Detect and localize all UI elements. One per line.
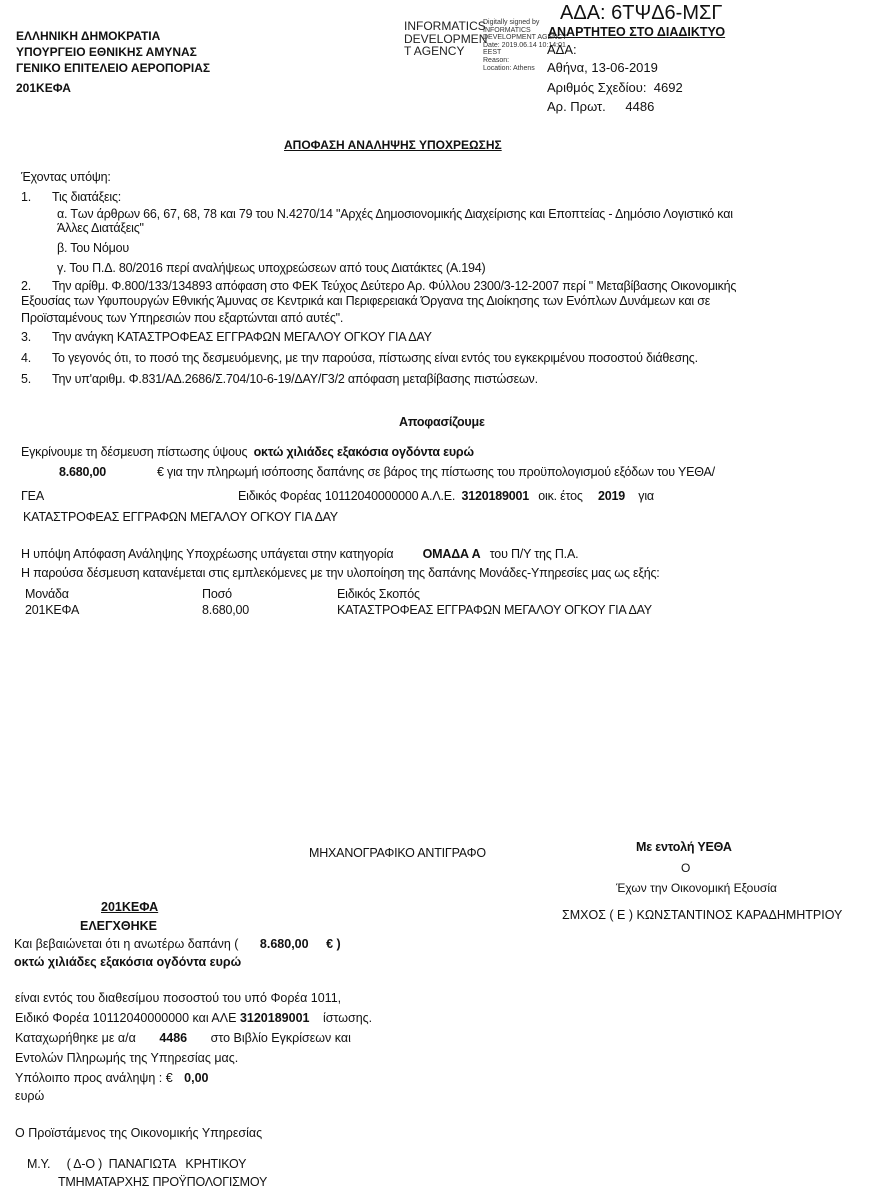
- finance-head-position: ΤΜΗΜΑΤΑΡΧΗΣ ΠΡΟΫΠΟΛΟΓΙΣΜΟΥ: [58, 1175, 267, 1189]
- ale-suffix: ίστωσης.: [323, 1011, 372, 1025]
- authority-line: ΓΕΝΙΚΟ ΕΠΙΤΕΛΕΙΟ ΑΕΡΟΠΟΡΙΑΣ: [16, 60, 210, 76]
- item-text: Το γεγονός ότι, το ποσό της δεσμευόμενης…: [52, 351, 698, 365]
- remaining-label: Υπόλοιπο προς ανάληψη : €: [15, 1071, 173, 1085]
- draft-number-label: Αριθμός Σχεδίου:: [547, 80, 647, 95]
- allocation-text: Η παρούσα δέσμευση κατανέμεται στις εμπλ…: [21, 566, 660, 580]
- category-line: Η υπόψη Απόφαση Ανάληψης Υποχρέωσης υπάγ…: [21, 547, 578, 561]
- subitem-text: β. Του Νόμου: [57, 241, 129, 255]
- amount-value: 8.680,00: [59, 465, 106, 479]
- finance-head-title: Ο Προϊστάμενος της Οικονομικής Υπηρεσίας: [15, 1126, 262, 1140]
- item-text: Την αρίθμ. Φ.800/133/134893 απόφαση στο …: [52, 279, 736, 293]
- table-cell-amount: 8.680,00: [202, 603, 249, 617]
- certify-currency: € ): [326, 937, 341, 951]
- certify-line: Και βεβαιώνεται ότι η ανωτέρω δαπάνη ( 8…: [14, 937, 341, 951]
- verification-ale: 3120189001: [240, 1011, 310, 1025]
- agency-line: INFORMATICS: [404, 20, 487, 33]
- euro-word: ευρώ: [15, 1089, 44, 1103]
- item-text: Τις διατάξεις:: [52, 190, 121, 204]
- subitem-text: Άλλες Διατάξεις": [57, 221, 144, 235]
- item-text: Εξουσίας των Υφυπουργών Εθνικής Άμυνας σ…: [21, 294, 710, 308]
- category-suffix: του Π/Υ της Π.Α.: [490, 547, 579, 561]
- considering-intro: Έχοντας υπόψη:: [21, 170, 111, 184]
- document-title: ΑΠΟΦΑΣΗ ΑΝΑΛΗΨΗΣ ΥΠΟΧΡΕΩΣΗΣ: [284, 138, 502, 152]
- registered-number: 4486: [159, 1031, 187, 1045]
- table-header-amount: Ποσό: [202, 587, 232, 601]
- certify-amount-words: οκτώ χιλιάδες εξακόσια ογδόντα ευρώ: [14, 955, 241, 969]
- certify-amount: 8.680,00: [260, 937, 309, 951]
- issuing-unit: 201ΚΕΦΑ: [16, 80, 210, 96]
- ada-code: ΑΔΑ: 6ΤΨΔ6-ΜΣΓ: [560, 2, 722, 25]
- amount-in-words: οκτώ χιλιάδες εξακόσια ογδόντα ευρώ: [254, 445, 474, 459]
- protocol-number: Αρ. Πρωτ. 4486: [547, 99, 654, 114]
- remaining-line: Υπόλοιπο προς ανάληψη : € 0,00: [15, 1071, 209, 1085]
- registered-prefix: Καταχωρήθηκε με α/α: [15, 1031, 136, 1045]
- special-body-text: Ειδικό Φορέα 10112040000000 και ΑΛΕ: [15, 1011, 236, 1025]
- special-body-label: Ειδικός Φορέας 10112040000000 Α.Λ.Ε.: [238, 489, 455, 503]
- registration-line: Καταχωρήθηκε με α/α 4486 στο Βιβλίο Εγκρ…: [15, 1031, 351, 1045]
- purpose-text: ΚΑΤΑΣΤΡΟΦΕΑΣ ΕΓΓΡΑΦΩΝ ΜΕΓΑΛΟΥ ΟΓΚΟΥ ΓΙΑ …: [23, 510, 338, 524]
- verification-checked: ΕΛΕΓΧΘΗΚΕ: [80, 919, 157, 933]
- issuing-authority: ΕΛΛΗΝΙΚΗ ΔΗΜΟΚΡΑΤΙΑ ΥΠΟΥΡΓΕΙΟ ΕΘΝΙΚΗΣ ΑΜ…: [16, 28, 210, 96]
- gea-label: ΓΕΑ: [21, 489, 44, 503]
- item-number: 2.: [21, 279, 31, 293]
- fiscal-year-label: οικ. έτος: [538, 489, 582, 503]
- ale-value: 3120189001: [461, 489, 529, 503]
- budget-line: Ειδικός Φορέας 10112040000000 Α.Λ.Ε. 312…: [238, 489, 654, 503]
- item-number: 1.: [21, 190, 31, 204]
- approval-prefix: Εγκρίνουμε τη δέσμευση πίστωσης ύψους: [21, 445, 247, 459]
- signatory-role: Έχων την Οικονομική Εξουσία: [616, 881, 777, 895]
- table-header-purpose: Ειδικός Σκοπός: [337, 587, 420, 601]
- protocol-label: Αρ. Πρωτ.: [547, 99, 606, 114]
- registration-line-2: Εντολών Πληρωμής της Υπηρεσίας μας.: [15, 1051, 238, 1065]
- authority-line: ΥΠΟΥΡΓΕΙΟ ΕΘΝΙΚΗΣ ΑΜΥΝΑΣ: [16, 44, 210, 60]
- item-number: 5.: [21, 372, 31, 386]
- signatory-order: Με εντολή ΥΕΘΑ: [636, 840, 732, 854]
- item-text: Την ανάγκη ΚΑΤΑΣΤΡΟΦΕΑΣ ΕΓΓΡΑΦΩΝ ΜΕΓΑΛΟΥ…: [52, 330, 432, 344]
- table-header-unit: Μονάδα: [25, 587, 69, 601]
- item-text: Την υπ'αριθμ. Φ.831/ΑΔ.2686/Σ.704/10-6-1…: [52, 372, 538, 386]
- decision-heading: Αποφασίζουμε: [399, 415, 485, 429]
- signatory-article: Ο: [681, 861, 690, 875]
- machine-copy-label: ΜΗΧΑΝΟΓΡΑΦΙΚΟ ΑΝΤΙΓΡΑΦΟ: [309, 846, 486, 860]
- certify-prefix: Και βεβαιώνεται ότι η ανωτέρω δαπάνη (: [14, 937, 238, 951]
- category-value: ΟΜΑΔΑ Α: [423, 547, 481, 561]
- finance-head-name: Μ.Υ. ( Δ-Ο ) ΠΑΝΑΓΙΩΤΑ ΚΡΗΤΙΚΟΥ: [27, 1157, 246, 1171]
- item-number: 4.: [21, 351, 31, 365]
- signing-agency: INFORMATICS DEVELOPMEN T AGENCY: [404, 20, 487, 58]
- item-text: Προϊσταμένους των Υπηρεσιών που εξαρτώντ…: [21, 311, 343, 325]
- subitem-text: α. Των άρθρων 66, 67, 68, 78 και 79 του …: [57, 207, 733, 221]
- ada-label: ΑΔΑ:: [547, 42, 577, 57]
- remaining-value: 0,00: [184, 1071, 208, 1085]
- verification-unit: 201ΚΕΦΑ: [101, 900, 158, 914]
- authority-line: ΕΛΛΗΝΙΚΗ ΔΗΜΟΚΡΑΤΙΑ: [16, 28, 210, 44]
- table-cell-unit: 201ΚΕΦΑ: [25, 603, 79, 617]
- signatory-name: ΣΜΧΟΣ ( Ε ) ΚΩΝΣΤΑΝΤΙΝΟΣ ΚΑΡΑΔΗΜΗΤΡΙΟΥ: [562, 908, 842, 922]
- posting-notice: ΑΝΑΡΤΗΤΕΟ ΣΤΟ ΔΙΑΔΙΚΤΥΟ: [548, 25, 725, 39]
- approval-line: Εγκρίνουμε τη δέσμευση πίστωσης ύψους οκ…: [21, 445, 474, 459]
- subitem-text: γ. Του Π.Δ. 80/2016 περί αναλήψεως υποχρ…: [57, 261, 485, 275]
- category-prefix: Η υπόψη Απόφαση Ανάληψης Υποχρέωσης υπάγ…: [21, 547, 393, 561]
- draft-number: Αριθμός Σχεδίου: 4692: [547, 80, 683, 95]
- table-cell-purpose: ΚΑΤΑΣΤΡΟΦΕΑΣ ΕΓΓΡΑΦΩΝ ΜΕΓΑΛΟΥ ΟΓΚΟΥ ΓΙΑ …: [337, 603, 652, 617]
- item-number: 3.: [21, 330, 31, 344]
- verification-line: Ειδικό Φορέα 10112040000000 και ΑΛΕ 3120…: [15, 1011, 372, 1025]
- place-date: Αθήνα, 13-06-2019: [547, 60, 658, 75]
- fiscal-year-value: 2019: [598, 489, 625, 503]
- agency-line: T AGENCY: [404, 45, 487, 58]
- registered-suffix: στο Βιβλίο Εγκρίσεων και: [211, 1031, 351, 1045]
- protocol-value: 4486: [625, 99, 654, 114]
- payment-text: € για την πληρωμή ισόποσης δαπάνης σε βά…: [157, 465, 715, 479]
- verification-line: είναι εντός του διαθεσίμου ποσοστού του …: [15, 991, 341, 1005]
- for-label: για: [638, 489, 654, 503]
- draft-number-value: 4692: [654, 80, 683, 95]
